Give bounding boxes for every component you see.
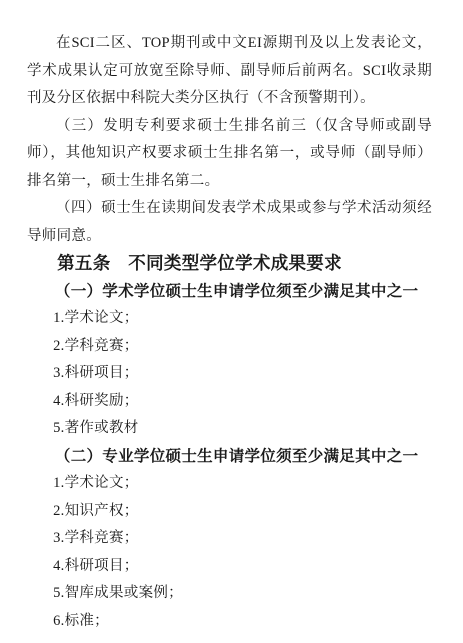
body-paragraph: （三）发明专利要求硕士生排名前三（仅含导师或副导师），其他知识产权要求硕士生排名… [27, 113, 432, 196]
list-item: 4.科研项目； [27, 553, 432, 581]
list-item: 6.标准； [27, 608, 432, 636]
body-paragraph: （四）硕士生在读期间发表学术成果或参与学术活动须经导师同意。 [27, 195, 432, 250]
list-item: 2.知识产权； [27, 498, 432, 526]
list-item: 1.学术论文； [27, 305, 432, 333]
section-heading: （二）专业学位硕士生申请学位须至少满足其中之一 [27, 443, 432, 471]
list-item: 5.著作或教材 [27, 415, 432, 443]
list-item: 2.学科竞赛； [27, 333, 432, 361]
body-paragraph: 在SCI二区、TOP期刊或中文EI源期刊及以上发表论文，学术成果认定可放宽至除导… [27, 30, 432, 113]
list-item: 5.智库成果或案例； [27, 580, 432, 608]
list-item: 3.科研项目； [27, 360, 432, 388]
list-item: 3.学科竞赛； [27, 525, 432, 553]
document-page: 在SCI二区、TOP期刊或中文EI源期刊及以上发表论文，学术成果认定可放宽至除导… [0, 0, 463, 643]
article-heading: 第五条 不同类型学位学术成果要求 [27, 250, 432, 278]
list-item: 4.科研奖励； [27, 388, 432, 416]
section-heading: （一）学术学位硕士生申请学位须至少满足其中之一 [27, 278, 432, 306]
list-item: 1.学术论文； [27, 470, 432, 498]
